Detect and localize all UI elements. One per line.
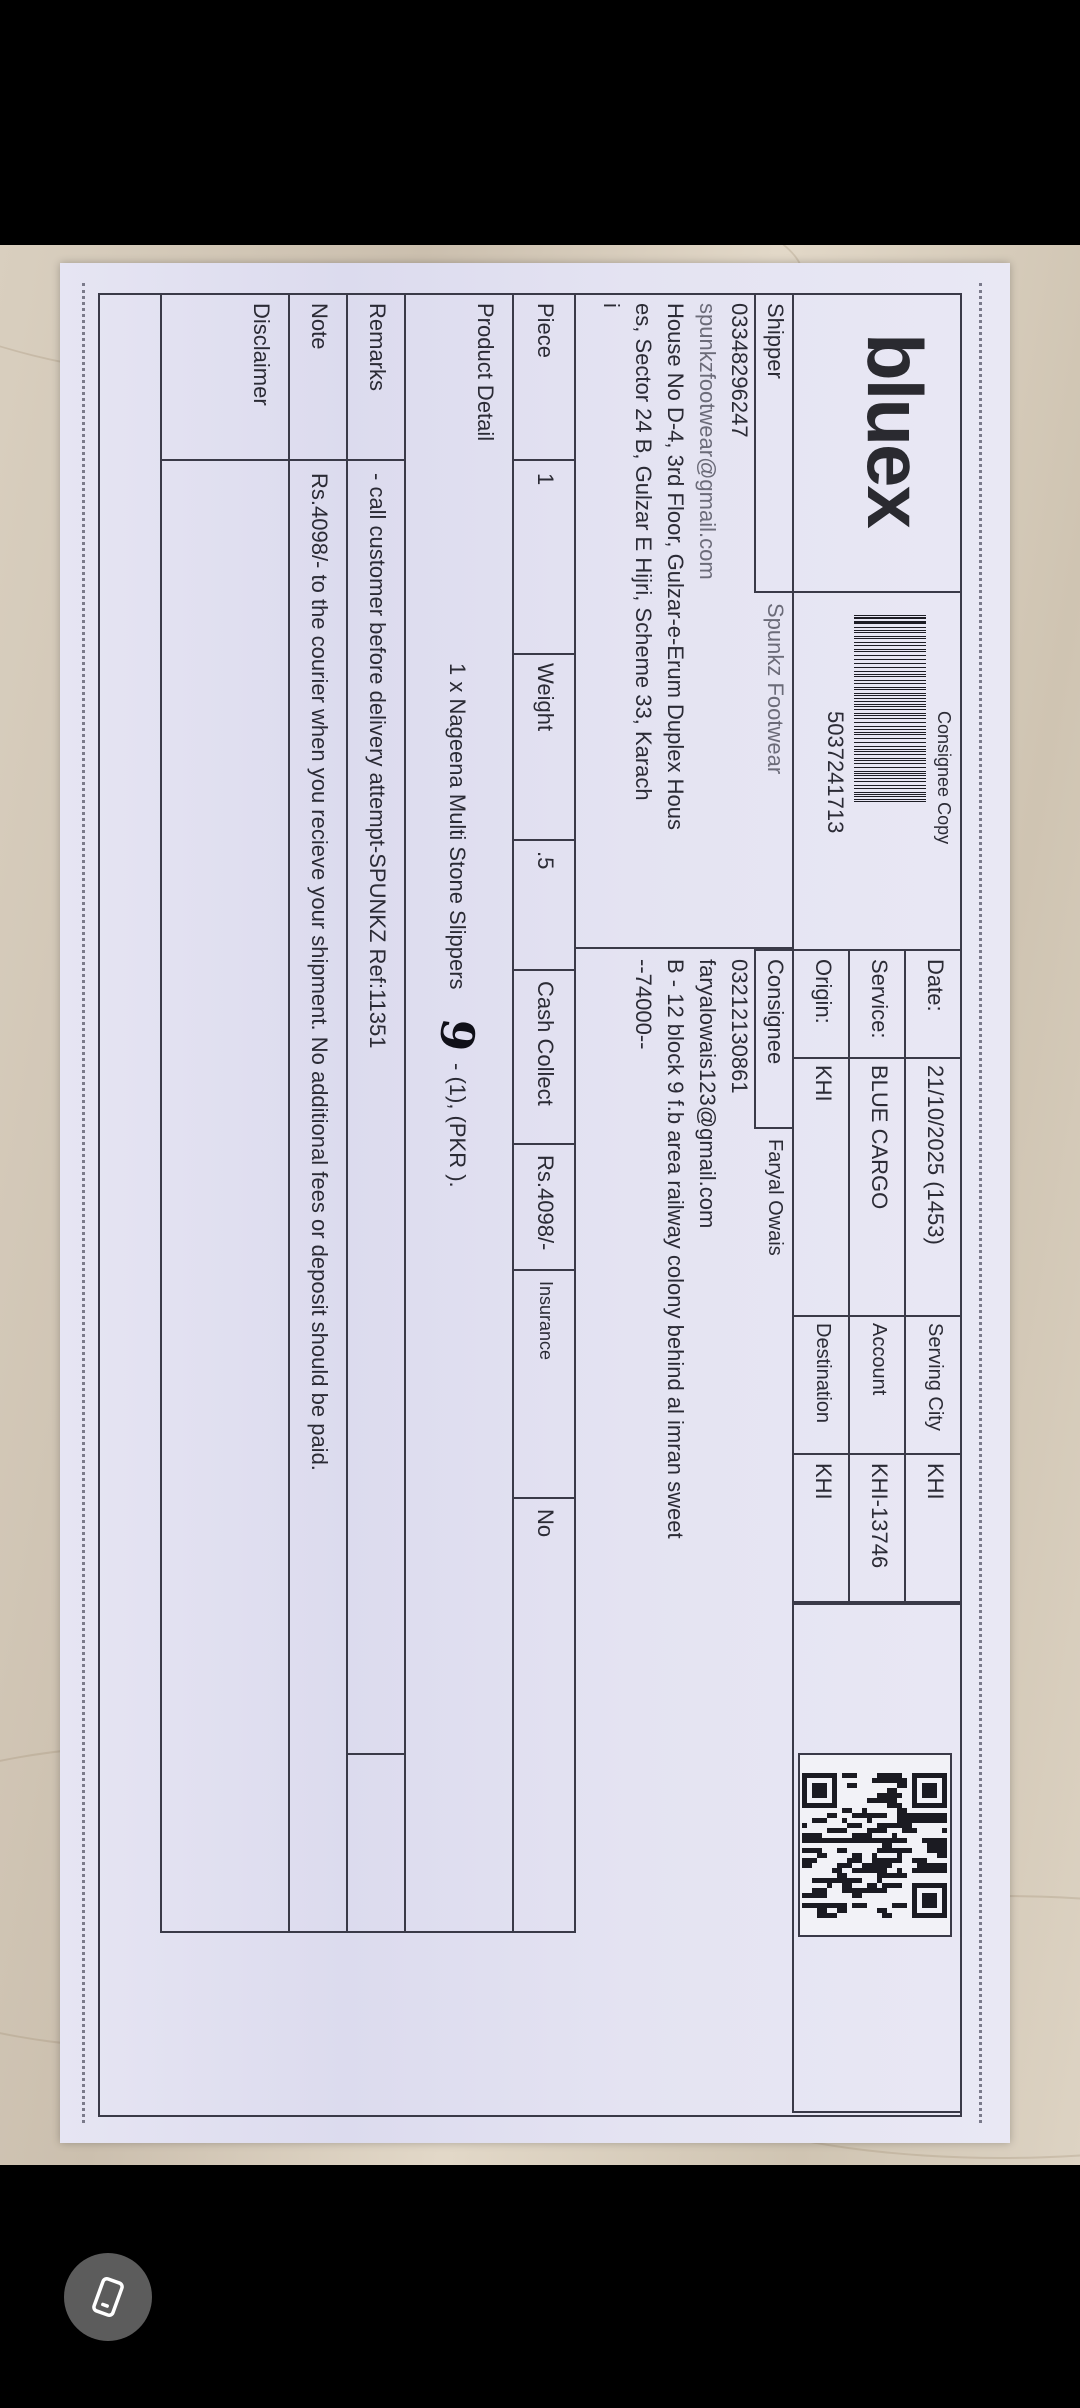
barcode-bar: [854, 801, 926, 802]
shipping-label: bluex Consignee Copy 5037241713 Date: 21…: [60, 263, 1010, 2143]
barcode-bar: [854, 781, 926, 782]
barcode-bar: [854, 732, 926, 733]
consignee-address-line1: B - 12 block 9 f.b area railway colony b…: [662, 959, 688, 1539]
barcode-bar: [854, 734, 926, 735]
screen-rotation-icon: [84, 2273, 132, 2321]
remarks-value: - call customer before delivery attempt-…: [364, 473, 390, 1049]
barcode-bar: [854, 771, 926, 772]
barcode-bar: [854, 617, 926, 619]
consignee-phone: 03212130861: [726, 959, 752, 1094]
barcode-bar: [854, 695, 926, 696]
barcode-bar: [854, 701, 926, 702]
piece-label: Piece: [532, 303, 558, 358]
barcode-bar: [854, 754, 926, 755]
weight-value: .5: [532, 851, 558, 869]
service-label: Service:: [866, 959, 892, 1038]
origin-value: KHI: [810, 1065, 836, 1102]
barcode-bar: [854, 718, 926, 719]
remarks-label: Remarks: [364, 303, 390, 391]
cash-collect-label: Cash Collect: [532, 981, 558, 1106]
insurance-value: No: [532, 1509, 558, 1537]
cell-divider: [512, 969, 576, 971]
barcode-bar: [854, 683, 926, 684]
barcode-bar: [854, 796, 926, 797]
barcode-bar: [854, 632, 926, 633]
barcode-bar: [854, 715, 926, 716]
product-detail-label: Product Detail: [472, 303, 498, 441]
barcode-bar: [854, 638, 926, 639]
barcode-bar: [854, 751, 926, 752]
copy-type: Consignee Copy: [933, 711, 954, 844]
consignee-name: Faryal Owais: [763, 1139, 786, 1256]
barcode-bar: [854, 788, 926, 789]
barcode-bar: [854, 758, 926, 759]
cell-divider: [160, 459, 290, 461]
shipper-name: Spunkz Footwear: [762, 603, 788, 774]
brand-logo: bluex: [849, 333, 940, 527]
origin-label: Origin:: [810, 959, 836, 1024]
barcode-bar: [854, 713, 926, 714]
barcode-bar: [854, 709, 926, 710]
barcode-bar: [854, 726, 926, 727]
rotate-screen-button[interactable]: [64, 2253, 152, 2341]
barcode-bar: [854, 680, 926, 681]
barcode-bar: [854, 659, 926, 660]
barcode-bar: [854, 706, 926, 707]
barcode-bar: [854, 693, 926, 694]
qr-code: [798, 1753, 952, 1937]
barcode-bar: [854, 729, 926, 730]
barcode-bar: [854, 687, 926, 688]
barcode-bar: [854, 778, 926, 779]
barcode-bar: [854, 621, 926, 624]
shipper-address-line3: i: [598, 303, 624, 308]
insurance-label: Insurance: [535, 1281, 556, 1360]
cell-divider: [512, 1143, 576, 1145]
cell-divider: [346, 459, 406, 461]
barcode-bar: [854, 704, 926, 705]
disclaimer-label: Disclaimer: [248, 303, 274, 406]
perforation-line: [979, 283, 982, 2123]
barcode-bar: [854, 667, 926, 668]
barcode-bar: [854, 775, 926, 776]
consignee-heading: Consignee: [762, 959, 788, 1064]
cell-divider: [346, 1753, 406, 1755]
product-detail-value: 1 x Nageena Multi Stone Slippers: [444, 663, 470, 990]
cash-collect-value: Rs.4098/-: [532, 1155, 558, 1250]
barcode-bar: [854, 767, 926, 768]
barcode-bar: [854, 642, 926, 643]
barcode-bar: [854, 799, 926, 800]
barcode-bar: [854, 722, 926, 723]
product-detail-suffix: - (1), (PKR ).: [444, 1063, 470, 1188]
shipper-heading: Shipper: [762, 303, 788, 379]
barcode-bar: [854, 792, 926, 793]
shipper-phone: 03348296247: [726, 303, 752, 438]
barcode-bar: [854, 738, 926, 739]
barcode-bar: [854, 773, 926, 774]
barcode-bar: [854, 763, 926, 764]
consignee-email: faryalowais123@gmail.com: [694, 959, 720, 1228]
shipper-email: spunkzfootwear@gmail.com: [694, 303, 720, 580]
cell-divider: [512, 459, 576, 461]
perforation-line: [82, 283, 85, 2123]
service-value: BLUE CARGO: [866, 1065, 892, 1209]
serving-city-value: KHI: [922, 1463, 948, 1500]
barcode-bar: [854, 689, 926, 690]
barcode-bar: [854, 698, 926, 699]
destination-value: KHI: [810, 1463, 836, 1500]
barcode-bar: [854, 636, 926, 637]
account-label: Account: [867, 1323, 890, 1395]
label-paper: bluex Consignee Copy 5037241713 Date: 21…: [60, 263, 1010, 2143]
account-value: KHI-13746: [866, 1463, 892, 1568]
barcode-bar: [854, 671, 926, 672]
barcode-bar: [854, 627, 926, 628]
barcode-bar: [854, 676, 926, 677]
barcode-bar: [854, 615, 926, 616]
cell-divider: [288, 459, 348, 461]
barcode-bar: [854, 794, 926, 795]
disclaimer-row: [160, 293, 290, 1933]
date-value: 21/10/2025 (1453): [922, 1065, 948, 1245]
barcode-bar: [854, 663, 926, 664]
tracking-barcode: [854, 615, 926, 803]
barcode-bar: [854, 749, 926, 750]
piece-value: 1: [532, 473, 558, 485]
weight-label: Weight: [532, 663, 558, 731]
cell-divider: [512, 839, 576, 841]
shipper-address-line1: House No D-4, 3rd Floor, Gulzar-e-Erum D…: [662, 303, 688, 830]
barcode-bar: [854, 760, 926, 761]
barcode-bar: [854, 785, 926, 786]
barcode-bar: [854, 746, 926, 747]
barcode-bar: [854, 645, 926, 646]
barcode-bar: [854, 649, 926, 650]
note-value: Rs.4098/- to the courier when you reciev…: [306, 473, 332, 1471]
cell-divider: [512, 653, 576, 655]
cell-divider: [512, 1269, 576, 1271]
shipper-address-line2: es, Sector 24 B, Gulzar E Hijri, Scheme …: [630, 303, 656, 801]
tracking-number: 5037241713: [822, 711, 848, 833]
date-label: Date:: [922, 959, 948, 1012]
serving-city-label: Serving City: [923, 1323, 946, 1431]
shipment-row: [512, 293, 576, 1933]
destination-label: Destination: [811, 1323, 834, 1423]
section-divider: [574, 947, 794, 949]
note-label: Note: [306, 303, 332, 349]
barcode-bar: [854, 655, 926, 656]
photo-viewer: bluex Consignee Copy 5037241713 Date: 21…: [0, 245, 1080, 2165]
barcode-bar: [854, 630, 926, 631]
barcode-bar: [854, 742, 926, 743]
cell-divider: [512, 1497, 576, 1499]
barcode-bar: [854, 651, 926, 652]
barcode-bar: [854, 674, 926, 675]
consignee-address-line2: --74000--: [630, 959, 656, 1049]
